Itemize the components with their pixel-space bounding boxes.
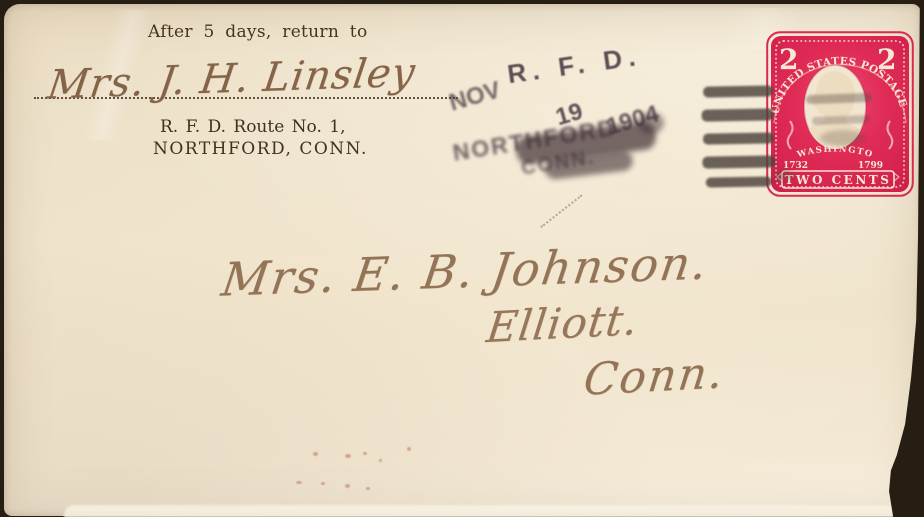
- return-town-text: NORTHFORD, CONN.: [153, 139, 368, 159]
- cancellation-bar: [703, 85, 773, 97]
- scanned-envelope-photo: After 5 days, return to Mrs. J. H. Linsl…: [0, 0, 924, 517]
- cancellation-bars: [701, 85, 779, 192]
- ink-speck: [345, 454, 351, 458]
- ink-speck: [379, 459, 382, 462]
- return-instruction-text: After 5 days, return to: [148, 22, 367, 42]
- cancellation-bar: [703, 132, 774, 144]
- ink-speck: [321, 482, 325, 485]
- cancel-smudge: [820, 130, 866, 146]
- stamp-value-text: TWO CENTS: [785, 173, 892, 187]
- recipient-town-handwritten: Elliott.: [484, 295, 641, 352]
- postmark-smudge: [638, 112, 664, 134]
- cancellation-bar: [701, 108, 773, 121]
- cancellation-bar: [702, 155, 775, 168]
- return-route-text: R. F. D. Route No. 1,: [160, 117, 346, 137]
- stamp-year-right: 1799: [858, 161, 883, 171]
- envelope-bottom-edge: [64, 505, 894, 517]
- ink-speck: [407, 447, 411, 451]
- ink-speck: [313, 452, 318, 456]
- ink-speck: [363, 452, 367, 455]
- cancellation-bar: [706, 176, 772, 187]
- recipient-state-handwritten: Conn.: [581, 347, 728, 406]
- ink-speck: [345, 484, 350, 488]
- cancel-smudge: [772, 170, 794, 182]
- ink-speck: [366, 487, 370, 490]
- ink-speck: [296, 481, 302, 484]
